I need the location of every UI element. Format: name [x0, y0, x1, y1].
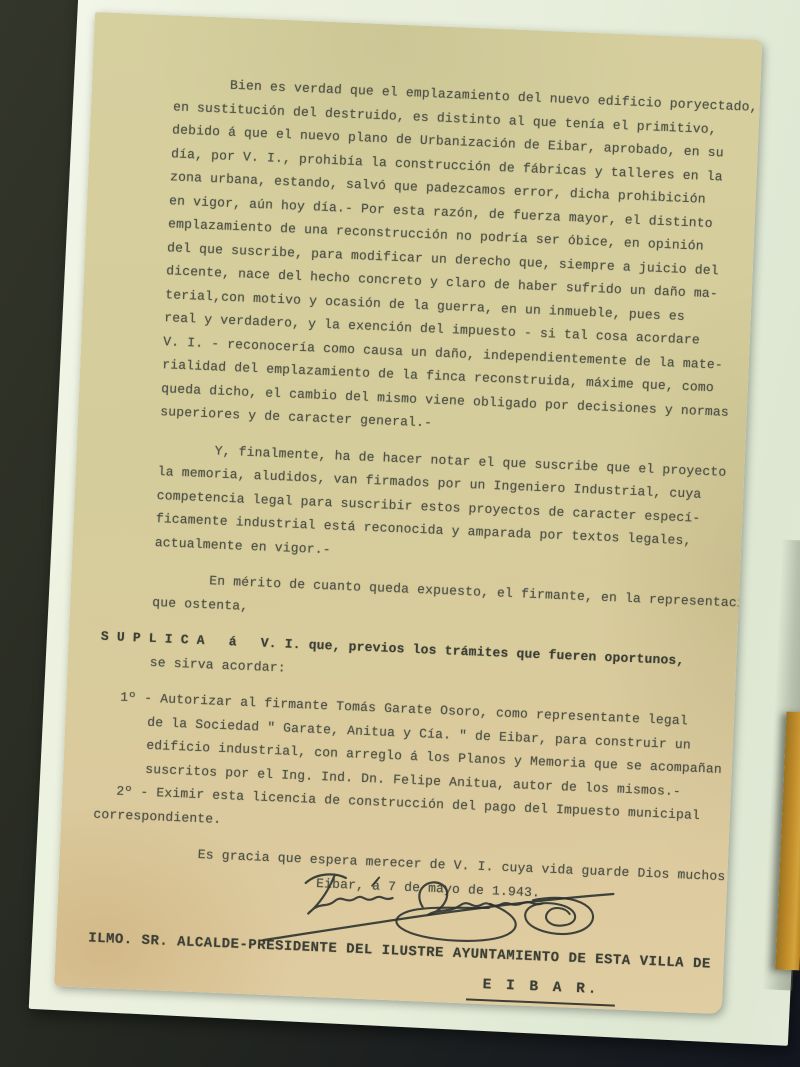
typed-line: E I B A R. — [466, 973, 616, 1007]
photo-background: Bien es verdad que el emplazamiento del … — [0, 0, 800, 1067]
document-page: Bien es verdad que el emplazamiento del … — [54, 12, 762, 1014]
signature — [246, 857, 630, 973]
